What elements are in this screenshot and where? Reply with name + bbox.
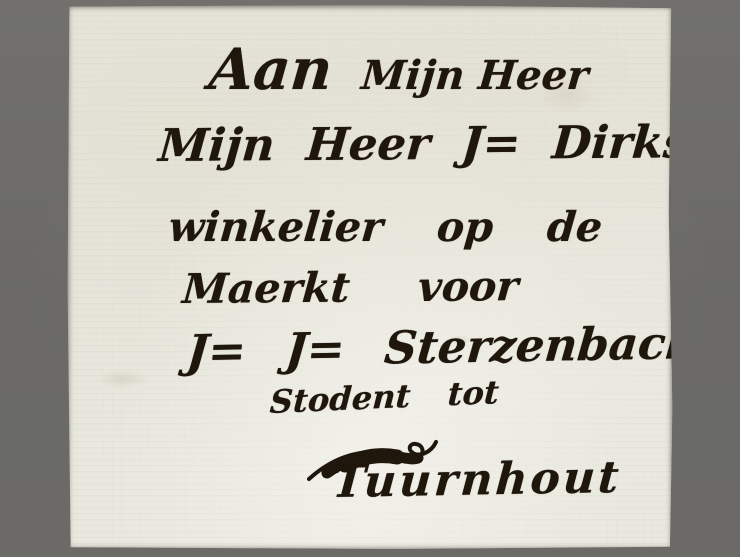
address-line-4: Maerkt voor: [181, 266, 520, 310]
address-line-2: Mijn Heer J= Dirks: [157, 119, 691, 168]
address-line-7-destination: Tuurnhout: [331, 456, 623, 505]
address-line-1: Aan Mijn Heer: [207, 41, 591, 98]
address-line-5: J= J= Sterzenbach: [185, 320, 700, 374]
address-line-3: winkelier op de: [167, 207, 604, 248]
scan-background: Aan Mijn Heer Mijn Heer J= Dirks winkeli…: [0, 0, 740, 557]
paper-stain: [97, 370, 149, 388]
letter-paper: Aan Mijn Heer Mijn Heer J= Dirks winkeli…: [67, 5, 673, 550]
address-word-aan: Aan: [207, 41, 335, 98]
address-line-6: Stodent tot: [269, 376, 500, 418]
address-word-mijn-heer: Mijn Heer: [360, 56, 590, 96]
